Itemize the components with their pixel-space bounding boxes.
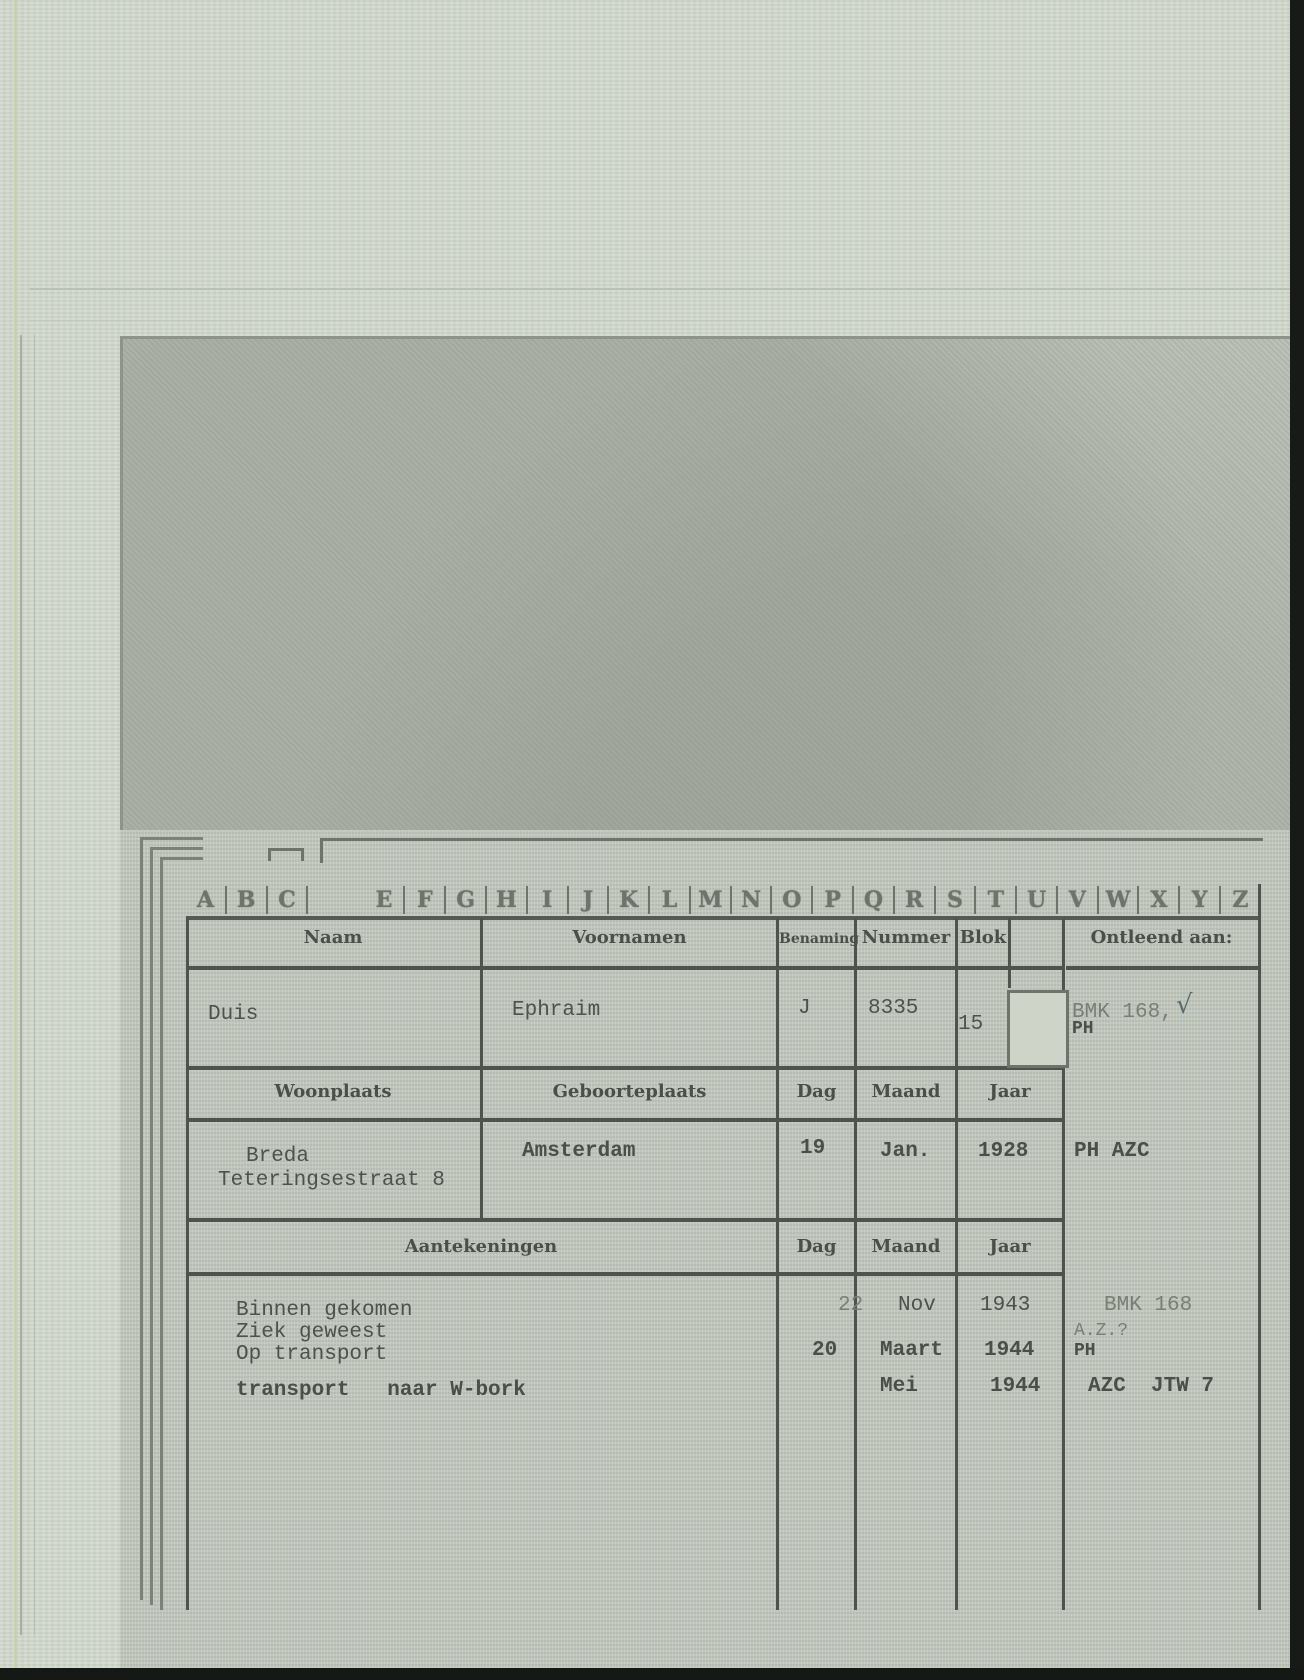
- value-geboorte-jaar: 1928: [978, 1141, 1028, 1163]
- alpha-tab: B: [227, 886, 268, 914]
- note-ref: PH: [1074, 1340, 1096, 1362]
- scan-border: [0, 1668, 1304, 1680]
- header-dag: Dag: [779, 1236, 854, 1257]
- value-geboorte-ref: PH AZC: [1074, 1141, 1150, 1163]
- value-geboorte-maand: Jan.: [880, 1141, 930, 1163]
- alpha-tab: U: [1017, 886, 1058, 914]
- header-aantekeningen: Aantekeningen: [186, 1236, 776, 1257]
- alpha-tab: F: [405, 886, 446, 914]
- alpha-tab: T: [976, 886, 1017, 914]
- alpha-tab: L: [650, 886, 691, 914]
- note-maand: Mei: [880, 1376, 918, 1398]
- paper-edge: [14, 0, 17, 1668]
- note-maand: Nov: [898, 1295, 936, 1317]
- header-voornamen: Voornamen: [483, 927, 776, 948]
- alpha-tab: X: [1139, 886, 1180, 914]
- alpha-tab: O: [772, 886, 813, 914]
- note-ref: AZC JTW 7: [1088, 1376, 1214, 1398]
- value-voornamen: Ephraim: [512, 1000, 600, 1022]
- binding-strip: [20, 335, 35, 1635]
- alpha-tab: S: [936, 886, 977, 914]
- note-text: transport naar W-bork: [236, 1380, 526, 1402]
- note-dag: 20: [812, 1340, 837, 1362]
- alpha-tab: E: [365, 886, 406, 914]
- header-naam: Naam: [186, 927, 480, 948]
- note-jaar: 1944: [990, 1376, 1040, 1398]
- value-woonplaats-street: Teteringsestraat 8: [218, 1170, 445, 1192]
- header-woonplaats: Woonplaats: [186, 1081, 480, 1102]
- header-jaar: Jaar: [958, 1081, 1062, 1102]
- note-text: Ziek geweest: [236, 1322, 387, 1344]
- value-benaming: J: [798, 998, 811, 1020]
- alpha-tab: J: [569, 886, 610, 914]
- header-benaming: Benaming: [779, 931, 854, 947]
- alpha-tab: N: [732, 886, 773, 914]
- note-maand: Maart: [880, 1340, 943, 1362]
- value-blok: 15: [958, 1014, 983, 1036]
- value-geboorte-dag: 19: [800, 1138, 825, 1160]
- scan-border: [1290, 0, 1304, 1680]
- tab-notch: [268, 848, 304, 861]
- header-maand: Maand: [857, 1081, 955, 1102]
- note-text: Op transport: [236, 1344, 387, 1366]
- value-nummer: 8335: [868, 998, 918, 1020]
- alphabet-tabs: A B C E F G H I J K L M N O P Q R S T U …: [186, 884, 1260, 920]
- alpha-tab: W: [1099, 886, 1140, 914]
- alpha-tab: R: [895, 886, 936, 914]
- card-tab-edge: [320, 838, 1263, 863]
- header-jaar: Jaar: [958, 1236, 1062, 1257]
- alpha-tab: Z: [1221, 886, 1260, 914]
- alpha-tab: Y: [1180, 886, 1221, 914]
- note-ref: BMK 168: [1104, 1295, 1192, 1317]
- fold-line: [30, 320, 1290, 321]
- alpha-tab: V: [1058, 886, 1099, 914]
- note-ref: A.Z.?: [1074, 1320, 1128, 1342]
- header-geboorteplaats: Geboorteplaats: [483, 1081, 776, 1102]
- header-dag: Dag: [779, 1081, 854, 1102]
- note-jaar: 1943: [980, 1295, 1030, 1317]
- fold-line: [30, 288, 1290, 290]
- alpha-tab: I: [528, 886, 569, 914]
- value-naam: Duis: [208, 1004, 258, 1026]
- value-woonplaats-city: Breda: [246, 1146, 309, 1168]
- note-text: Binnen gekomen: [236, 1300, 412, 1322]
- header-ontleend-aan: Ontleend aan:: [1065, 927, 1258, 948]
- alpha-tab: K: [609, 886, 650, 914]
- header-nummer: Nummer: [857, 927, 955, 948]
- header-maand: Maand: [857, 1236, 955, 1257]
- alpha-tab: P: [813, 886, 854, 914]
- alpha-tab: M: [691, 886, 732, 914]
- header-blok: Blok: [958, 927, 1008, 948]
- alpha-tab: C: [268, 886, 309, 914]
- handwritten-checkmark: √: [1176, 990, 1193, 1020]
- note-jaar: 1944: [984, 1340, 1034, 1362]
- blok-marker-box: [1007, 990, 1069, 1068]
- alpha-tab: G: [446, 886, 487, 914]
- note-dag: 22: [838, 1295, 863, 1317]
- alpha-tab: H: [487, 886, 528, 914]
- alpha-tab: Q: [854, 886, 895, 914]
- value-ontleend-aan-2: PH: [1072, 1018, 1094, 1040]
- alpha-tab: A: [186, 886, 227, 914]
- value-geboorteplaats: Amsterdam: [522, 1141, 635, 1163]
